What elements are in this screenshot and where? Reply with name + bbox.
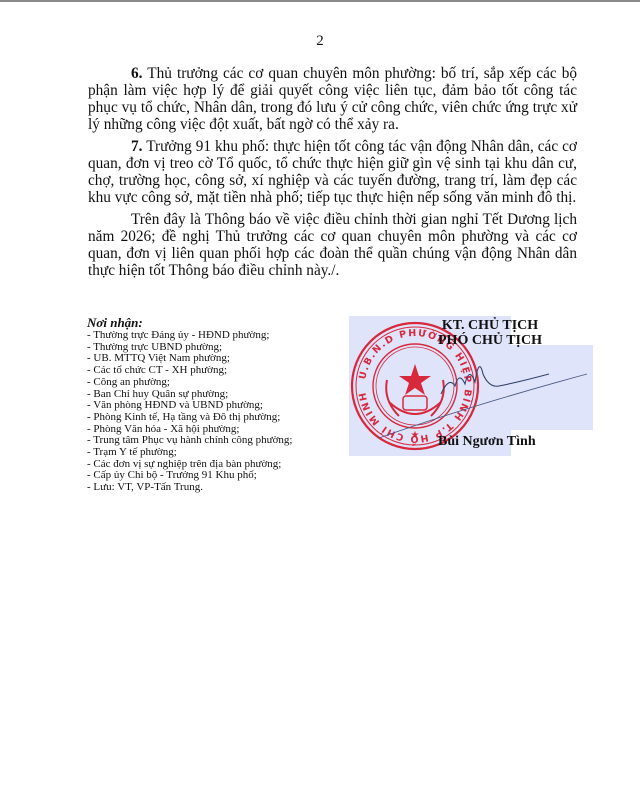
recipients-list: - Thường trực Đảng ủy - HĐND phường; - T…: [87, 330, 347, 494]
paragraph-text: Trên đây là Thông báo về việc điều chỉnh…: [88, 211, 577, 279]
paragraph-label: 6.: [131, 65, 142, 82]
recipients-title: Nơi nhận:: [87, 316, 347, 330]
document-body: 6. Thủ trưởng các cơ quan chuyên môn phư…: [88, 65, 577, 284]
list-item: - Lưu: VT, VP-Tấn Trung.: [87, 482, 347, 494]
paragraph-text: Trưởng 91 khu phố: thực hiện tốt công tá…: [88, 138, 577, 206]
paragraph-6: 6. Thủ trưởng các cơ quan chuyên môn phư…: [88, 65, 577, 133]
paragraph-text: Thủ trưởng các cơ quan chuyên môn phường…: [88, 65, 577, 133]
paragraph-7: 7. Trưởng 91 khu phố: thực hiện tốt công…: [88, 138, 577, 206]
recipients-block: Nơi nhận: - Thường trực Đảng ủy - HĐND p…: [87, 316, 347, 494]
page-number: 2: [0, 33, 640, 50]
top-border: [0, 0, 640, 2]
list-item: - Phòng Kinh tế, Hạ tầng và Đô thị phườn…: [87, 412, 347, 424]
signer-name: Bùi Ngươn Tình: [438, 434, 536, 450]
signature-title-line1: KT. CHỦ TỊCH: [420, 318, 560, 333]
paragraph-label: 7.: [131, 138, 142, 155]
signature-title-line2: PHÓ CHỦ TỊCH: [420, 333, 560, 348]
paragraph-closing: Trên đây là Thông báo về việc điều chỉnh…: [88, 211, 577, 279]
list-item: - Trạm Y tế phường;: [87, 447, 347, 459]
list-item: - Thường trực Đảng ủy - HĐND phường;: [87, 330, 347, 342]
list-item: - Công an phường;: [87, 377, 347, 389]
